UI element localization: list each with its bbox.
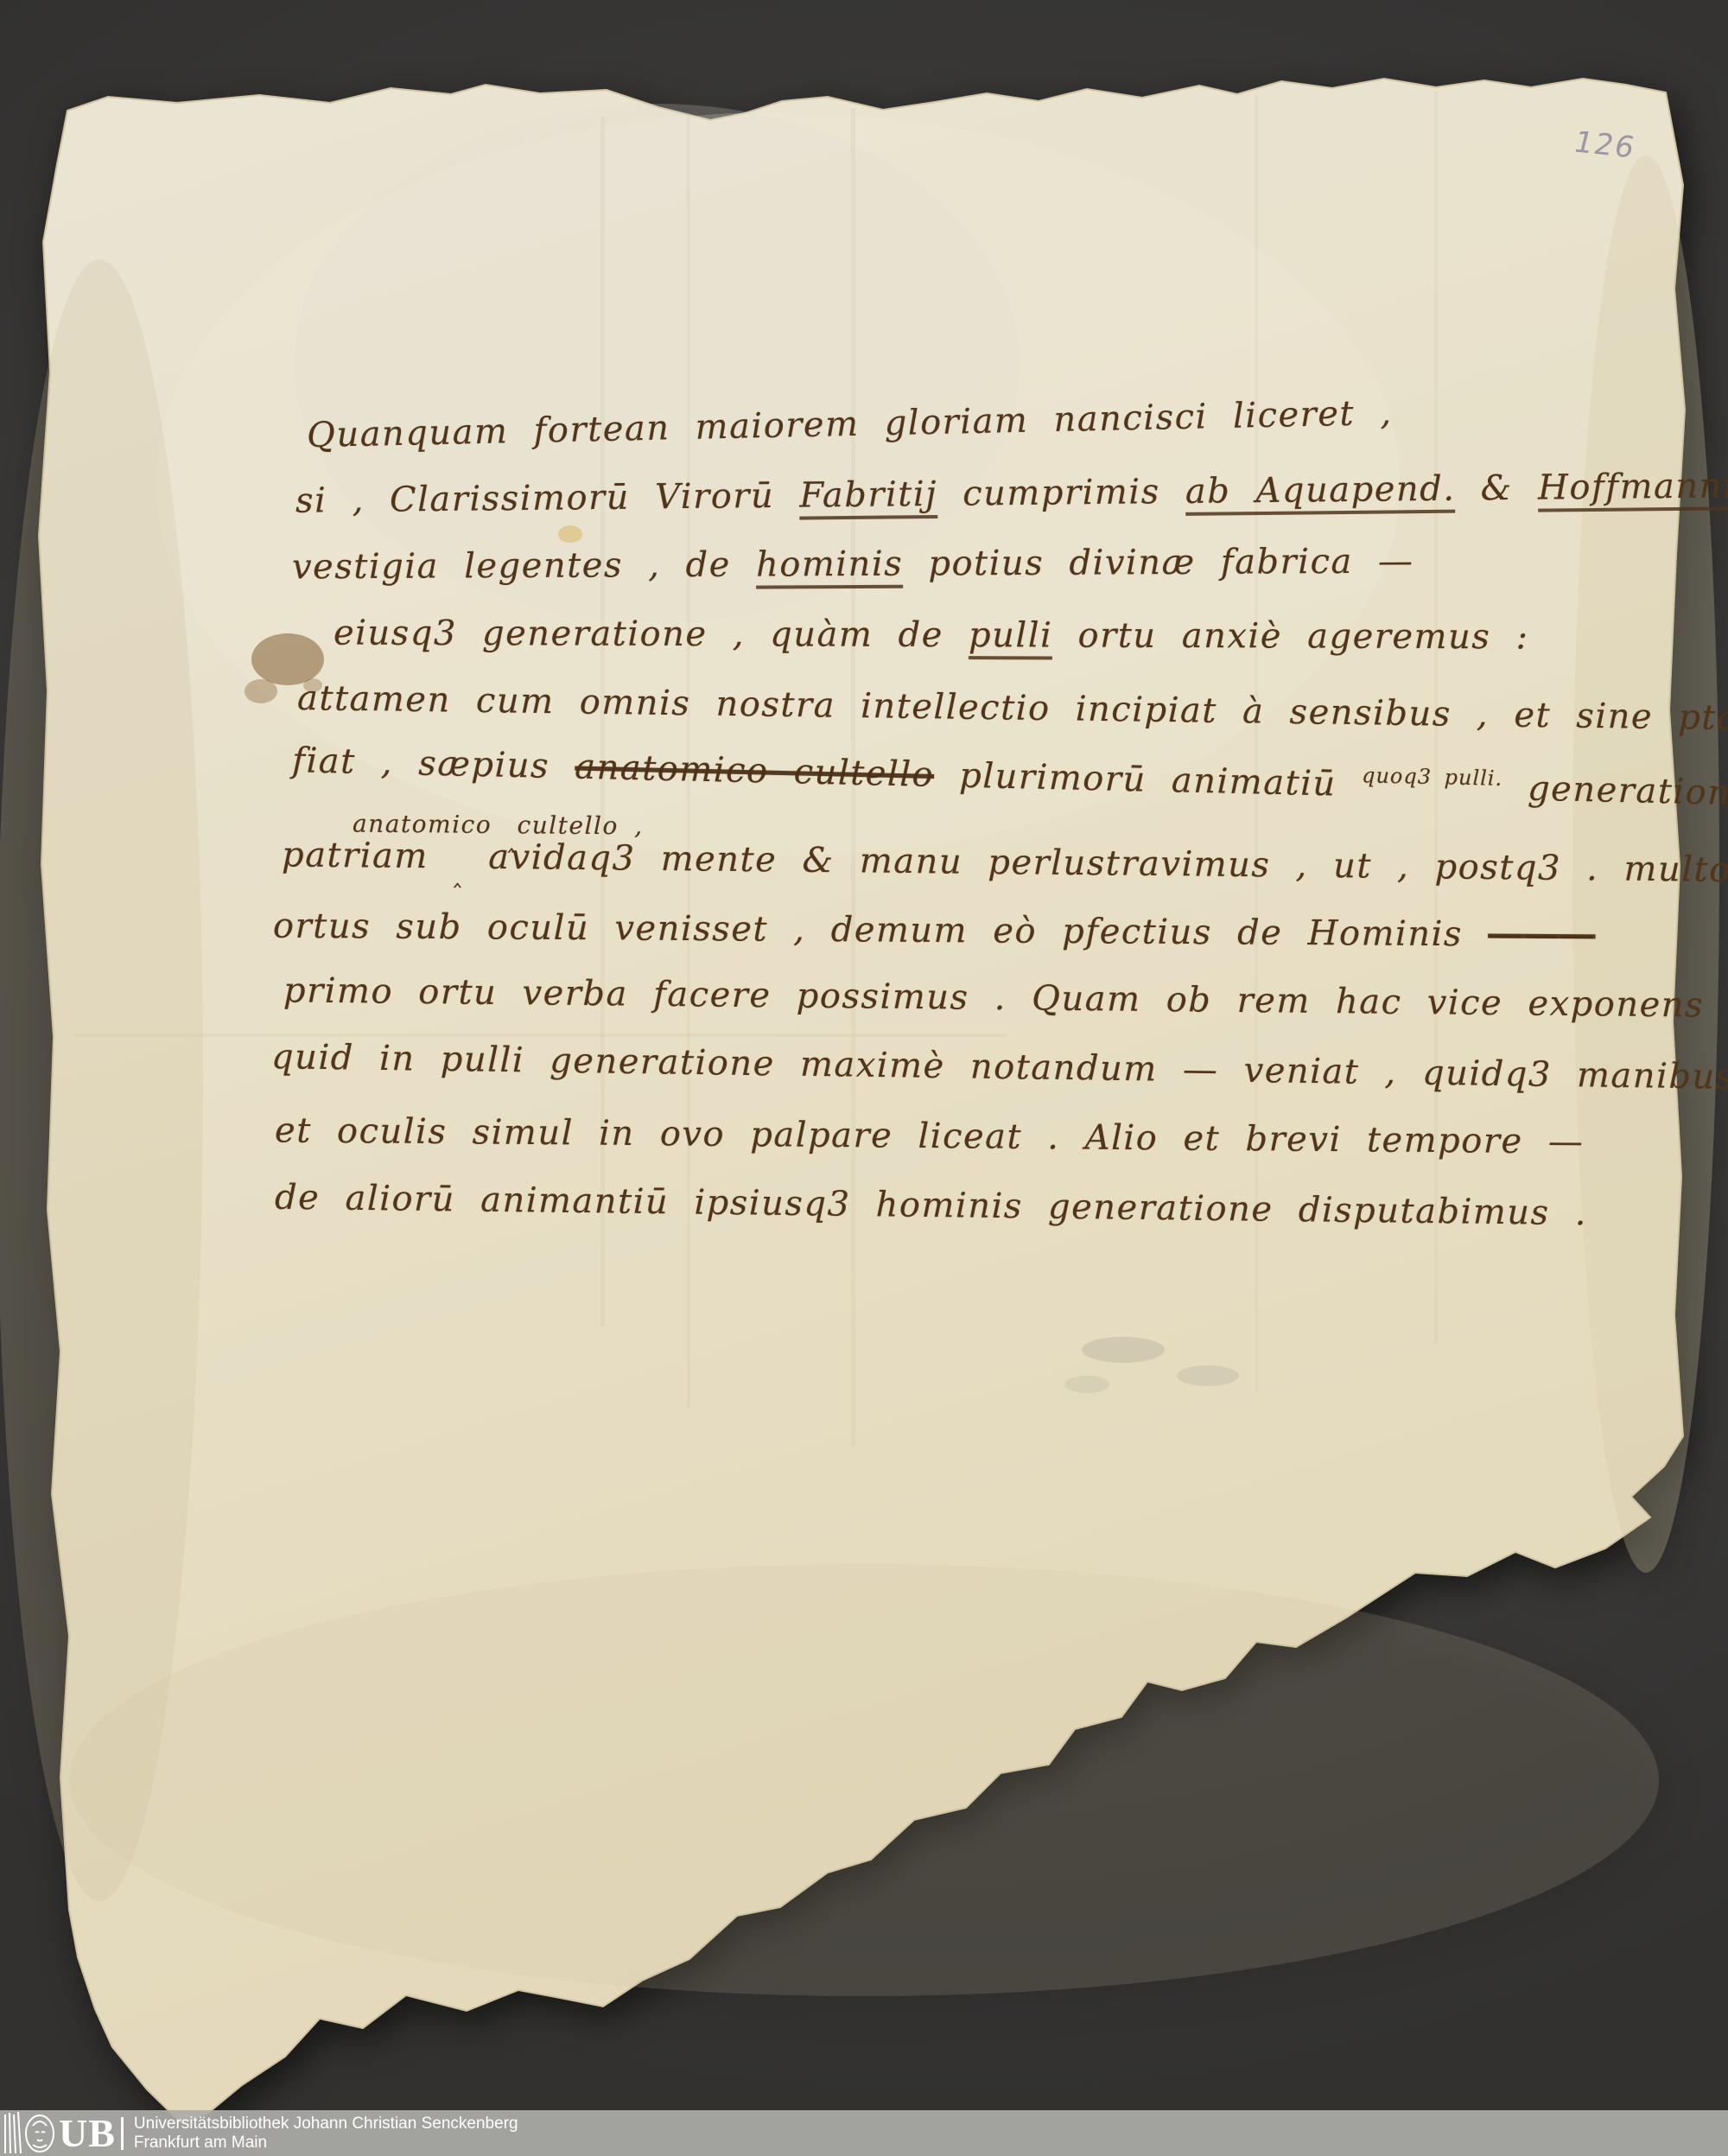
library-name: Universitätsbibliothek Johann Christian … <box>134 2115 518 2153</box>
manuscript-line: primo ortu verba facere possimus . Quam … <box>283 970 1705 1025</box>
manuscript-line: attamen cum omnis nostra intellectio inc… <box>297 678 1728 739</box>
scan-canvas: 126 Quanquam fortean maiorem gloriam nan… <box>0 0 1728 2156</box>
library-logo: UB <box>0 2110 134 2156</box>
manuscript-line: eiusq3 generatione , quàm de pulli ortu … <box>334 614 1529 658</box>
manuscript-line: vestigia legentes , de hominis potius di… <box>292 542 1414 588</box>
manuscript-line: et oculis simul in ovo palpare liceat . … <box>275 1110 1585 1161</box>
manuscript-line: Quanquam fortean maiorem gloriam nancisc… <box>307 393 1393 455</box>
manuscript-line: ortus sub oculū venisset , demum eò pfec… <box>273 906 1596 956</box>
library-name-line2: Frankfurt am Main <box>134 2134 518 2153</box>
library-watermark-bar: UB Universitätsbibliothek Johann Christi… <box>0 2110 1728 2156</box>
manuscript-line: si , Clarissimorū Virorū Fabritij cumpri… <box>295 466 1728 520</box>
manuscript-line: fiat , sæpius anatomico cultello plurimo… <box>292 739 1728 817</box>
manuscript-line: de aliorū animantiū ipsiusq3 hominis gen… <box>275 1178 1588 1234</box>
library-name-line1: Universitätsbibliothek Johann Christian … <box>134 2115 518 2134</box>
manuscript-text: Quanquam fortean maiorem gloriam nancisc… <box>0 0 1728 2156</box>
logo-divider <box>121 2117 124 2150</box>
ub-logo-text: UB <box>59 2110 116 2156</box>
manuscript-line: quid in pulli generatione maximè notandu… <box>271 1037 1728 1097</box>
manuscript-line: patriam ‸ avidaq3 mente & manu perlustra… <box>282 835 1728 902</box>
goethe-university-logo-icon <box>0 2110 57 2156</box>
